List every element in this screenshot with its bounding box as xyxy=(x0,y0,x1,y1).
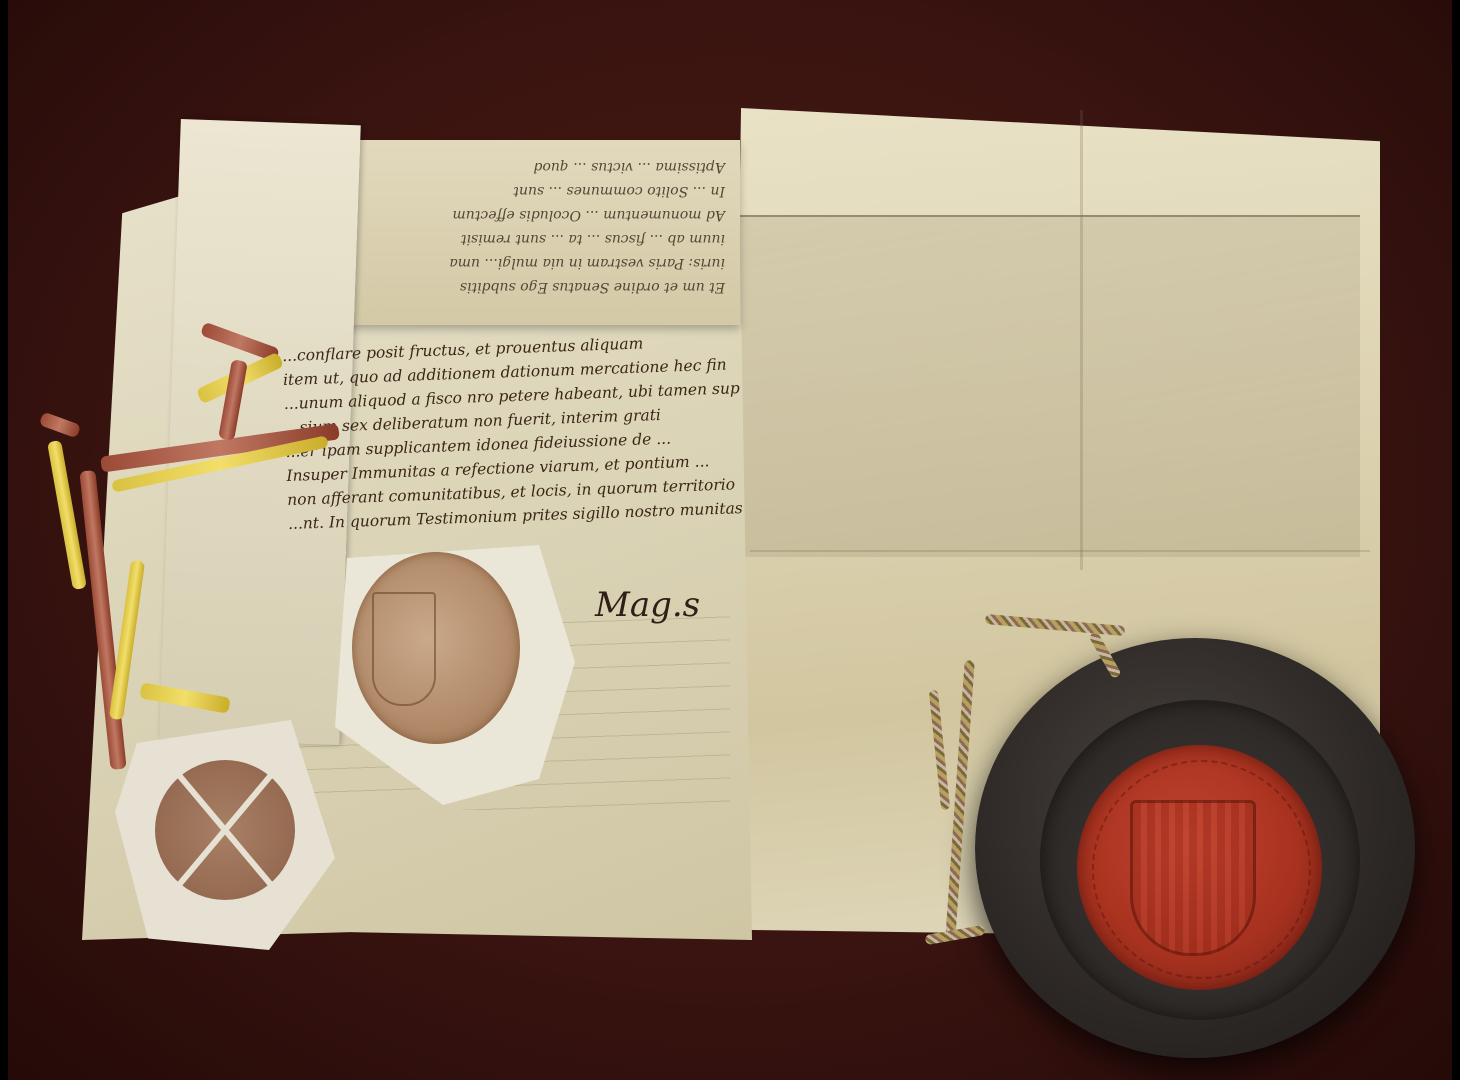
crease xyxy=(1080,110,1083,570)
cross-seal xyxy=(155,760,295,900)
text-line: Et um et ordine Senatus Ego subditis xyxy=(365,275,725,299)
ribbon-yellow xyxy=(47,440,87,590)
text-line: iuum ab ... fiscus ... ta ... sunt remis… xyxy=(365,227,725,251)
text-line: In ... Solito communes ... sunt xyxy=(365,179,725,203)
coat-of-arms-icon xyxy=(372,592,436,706)
frame-edge-left xyxy=(0,0,8,1080)
upside-down-text: Et um et ordine Senatus Ego subditis iur… xyxy=(365,155,725,299)
right-parchment-fold xyxy=(740,215,1360,557)
ribbon-red xyxy=(39,412,81,439)
coat-of-arms-icon xyxy=(1130,800,1256,956)
text-line: Ad monumentum ... Ocoludis effectum xyxy=(365,203,725,227)
text-line: Aptissima ... victus ... quod xyxy=(365,155,725,179)
text-line: iuris: Paris vestram in uia mulgi... uma xyxy=(365,251,725,275)
crease xyxy=(750,550,1370,552)
manuscript-text: ...conflare posit fructus, et prouentus … xyxy=(282,328,748,536)
upside-down-flap: Et um et ordine Senatus Ego subditis iur… xyxy=(345,140,740,325)
frame-edge-right xyxy=(1452,0,1460,1080)
signature: Mag.s xyxy=(595,585,700,625)
